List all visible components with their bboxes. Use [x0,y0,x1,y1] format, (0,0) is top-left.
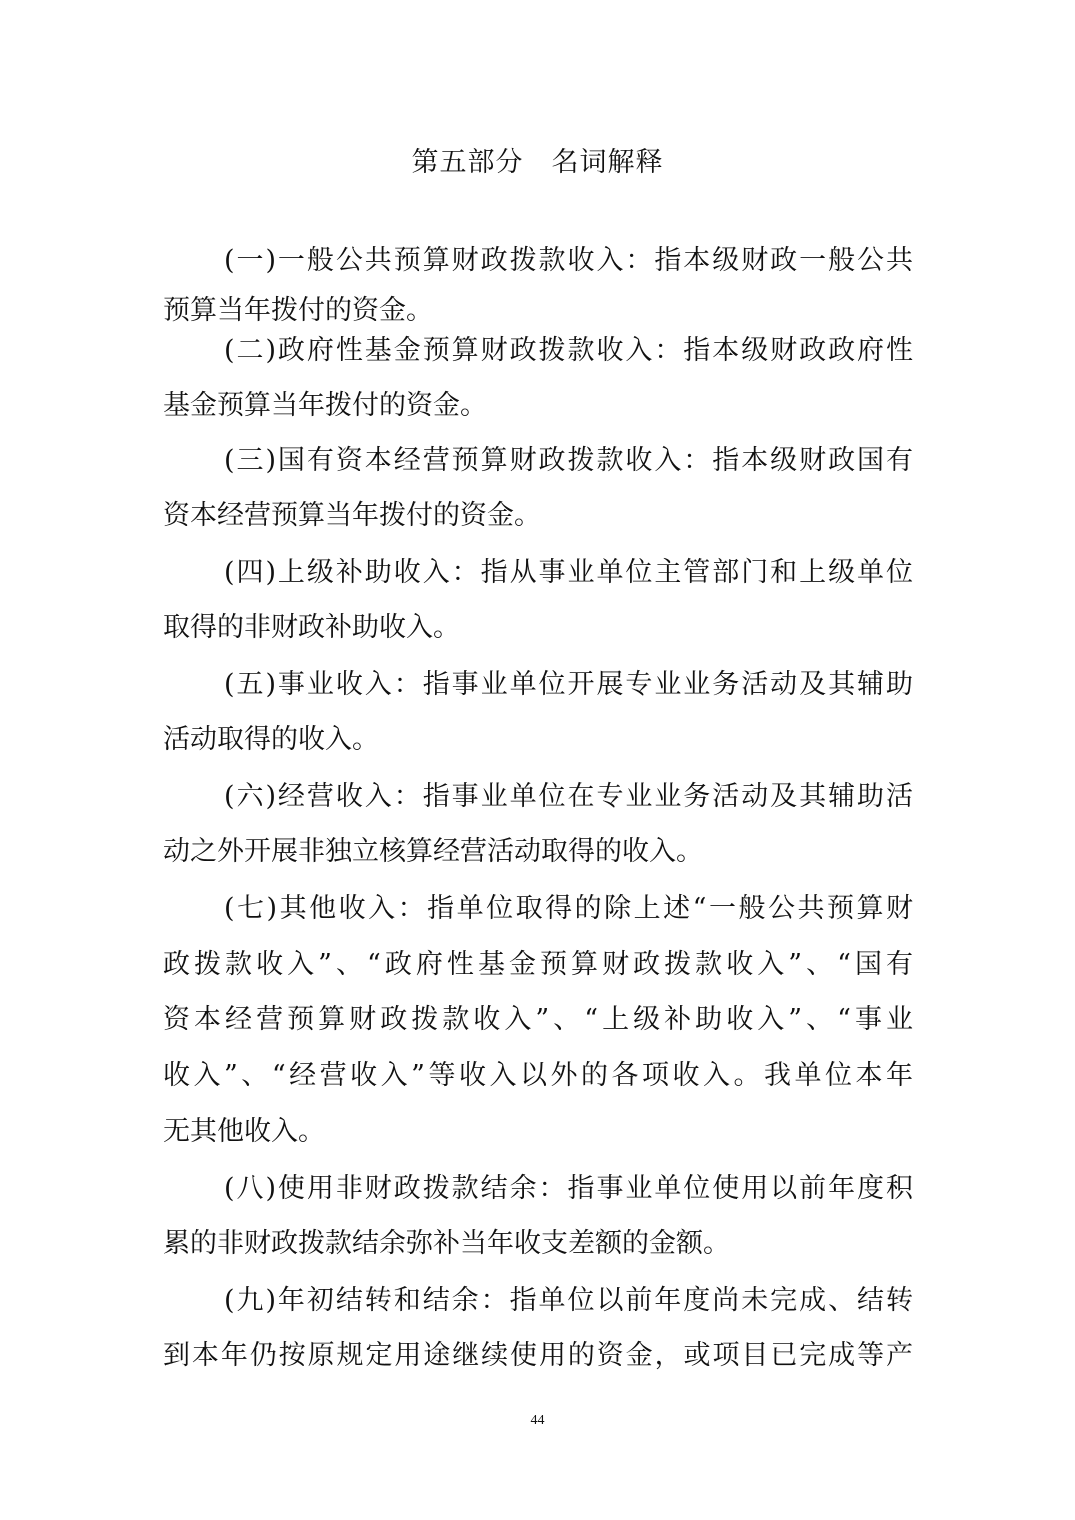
section-4-line-2: 取得的非财政补助收入。 [163,610,913,646]
section-6-line-2: 动之外开展非独立核算经营活动取得的收入。 [163,834,913,870]
section-1-line-2: 预算当年拨付的资金。 [163,293,913,329]
document-page: 第五部分 名词解释 (一)一般公共预算财政拨款收入：指本级财政一般公共 预算当年… [0,0,1075,1520]
section-7-line-4: 收入”、“经营收入”等收入以外的各项收入。我单位本年 [163,1058,913,1094]
section-1-line-1: (一)一般公共预算财政拨款收入：指本级财政一般公共 [224,243,913,279]
section-6-line-1: (六)经营收入：指事业单位在专业业务活动及其辅助活 [224,779,913,815]
section-7-line-5: 无其他收入。 [163,1114,913,1150]
section-7-line-2: 政拨款收入”、“政府性基金预算财政拨款收入”、“国有 [163,947,913,983]
section-4-line-1: (四)上级补助收入：指从事业单位主管部门和上级单位 [224,555,913,591]
section-3-line-2: 资本经营预算当年拨付的资金。 [163,498,913,534]
section-3-line-1: (三)国有资本经营预算财政拨款收入：指本级财政国有 [224,443,913,479]
section-9-line-2: 到本年仍按原规定用途继续使用的资金，或项目已完成等产 [163,1338,913,1374]
section-2-line-1: (二)政府性基金预算财政拨款收入：指本级财政政府性 [224,333,913,369]
section-7-line-1: (七)其他收入：指单位取得的除上述“一般公共预算财 [224,891,913,927]
section-5-line-1: (五)事业收入：指事业单位开展专业业务活动及其辅助 [224,667,913,703]
section-8-line-2: 累的非财政拨款结余弥补当年收支差额的金额。 [163,1226,913,1262]
section-9-line-1: (九)年初结转和结余：指单位以前年度尚未完成、结转 [224,1283,913,1319]
section-2-line-2: 基金预算当年拨付的资金。 [163,388,913,424]
section-7-line-3: 资本经营预算财政拨款收入”、“上级补助收入”、“事业 [163,1002,913,1038]
page-number: 44 [0,1413,1075,1429]
page-title: 第五部分 名词解释 [0,140,1075,179]
section-8-line-1: (八)使用非财政拨款结余：指事业单位使用以前年度积 [224,1171,913,1207]
section-5-line-2: 活动取得的收入。 [163,722,913,758]
